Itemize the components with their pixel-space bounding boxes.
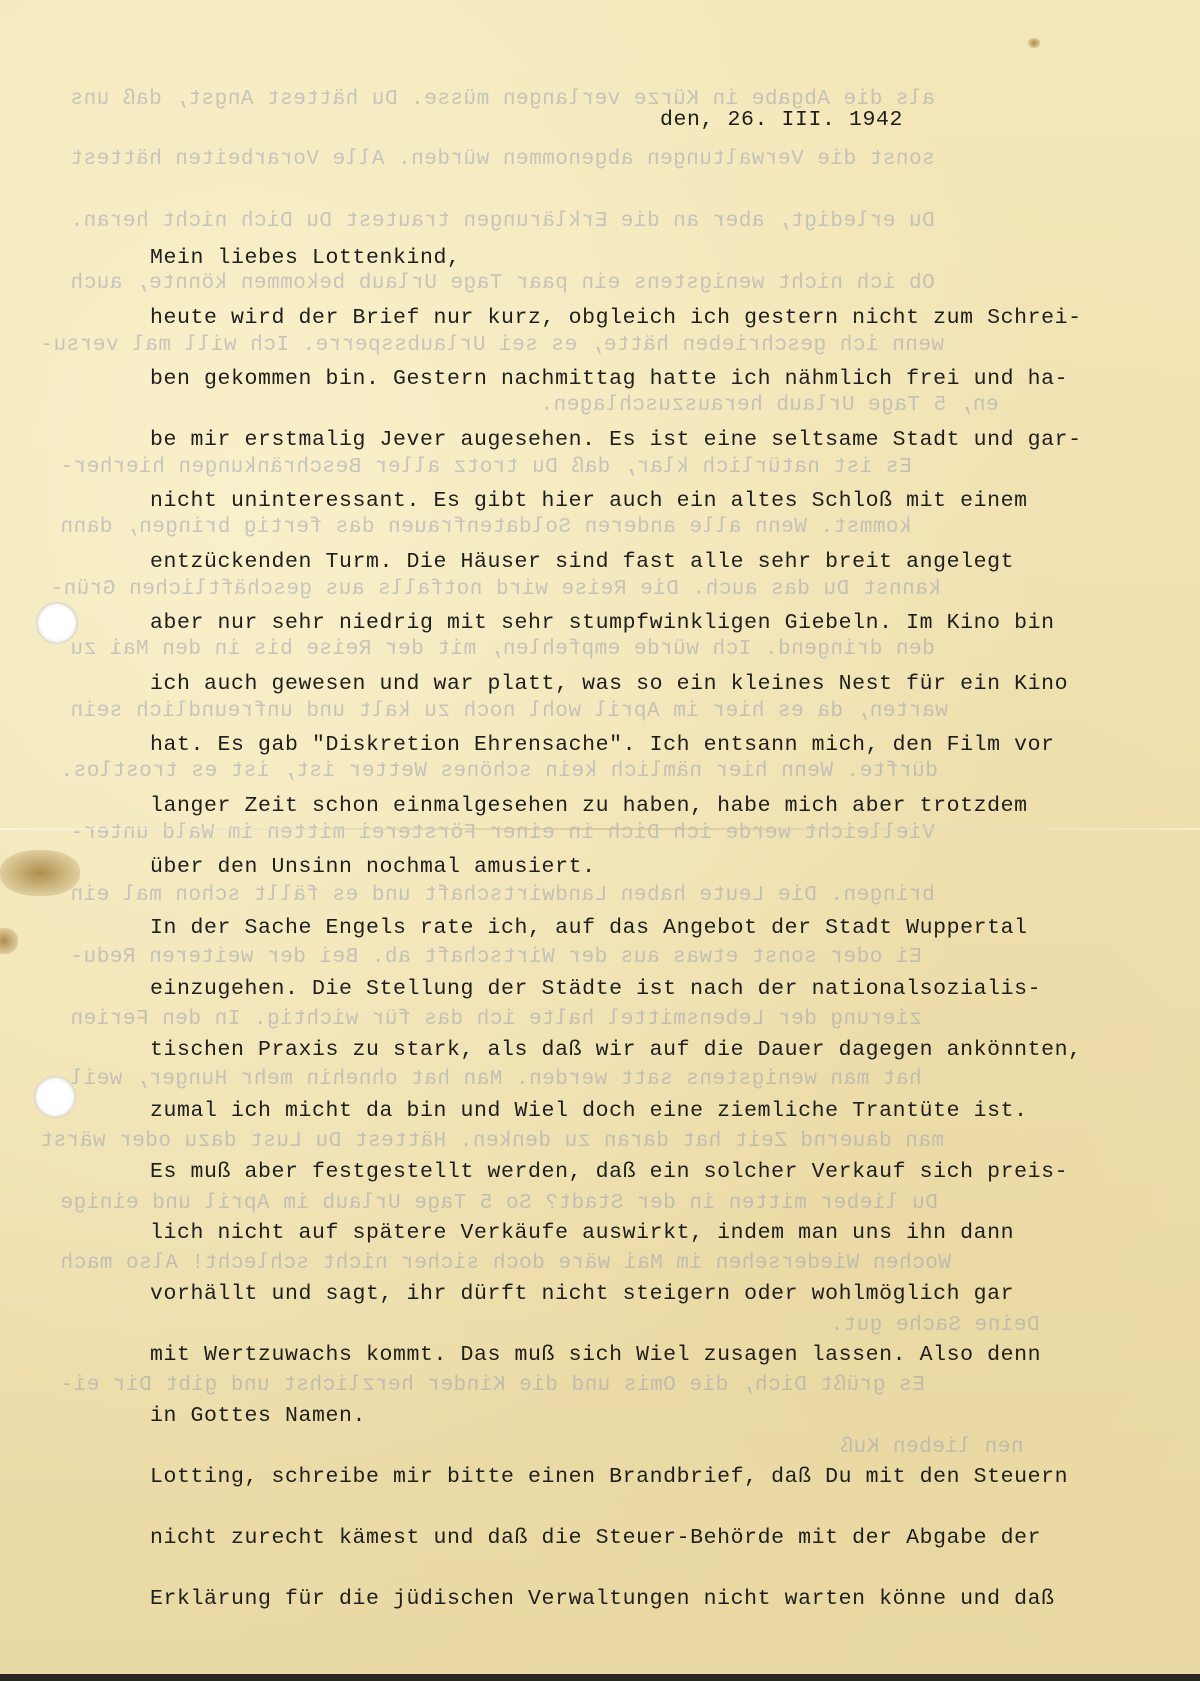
bleed-through-line: Es ist natürlich klar, daß Du trotz alle… — [60, 456, 912, 479]
bleed-through-line: sonst die Verwaltungen abgenommen würden… — [70, 148, 935, 171]
body-line: be mir erstmalig Jever augesehen. Es ist… — [150, 428, 1082, 452]
letter-date: den, 26. III. 1942 — [660, 108, 903, 132]
stain-mark — [0, 928, 18, 954]
bleed-through-line: bringen. Die Leute haben Landwirtschaft … — [70, 884, 935, 907]
bleed-through-line: zierung der Lebensmittel halte ich das f… — [70, 1008, 922, 1031]
body-line: tischen Praxis zu stark, als daß wir auf… — [150, 1038, 1082, 1062]
stain-mark — [1028, 38, 1040, 48]
bleed-through-line: Ob ich nicht wenigstens ein paar Tage Ur… — [70, 272, 935, 295]
body-line: entzückenden Turm. Die Häuser sind fast … — [150, 550, 1014, 574]
bleed-through-line: kannst Du das auch. Die Reise wird notfa… — [50, 578, 941, 601]
bleed-through-line: en, 5 Tage Urlaub herauszuschlagen. — [540, 394, 999, 417]
body-line: zumal ich micht da bin und Wiel doch ein… — [150, 1099, 1028, 1123]
bleed-through-line: man dauernd Zeit hat daran zu denken. Hä… — [40, 1130, 944, 1153]
bleed-through-line: Deine Sache gut. — [830, 1314, 1040, 1337]
body-line: lich nicht auf spätere Verkäufe auswirkt… — [150, 1221, 1014, 1245]
body-line: In der Sache Engels rate ich, auf das An… — [150, 916, 1028, 940]
body-line: Erklärung für die jüdischen Verwaltungen… — [150, 1587, 1055, 1611]
bleed-through-line: kommst. Wenn alle anderen Soldatenfrauen… — [60, 516, 912, 539]
body-line: ich auch gewesen und war platt, was so e… — [150, 672, 1068, 696]
letter-page: als die Abgabe in Kürze verlangen müsse.… — [0, 0, 1200, 1674]
bleed-through-line: Es grüßt Dich, die Omis und die Kinder h… — [60, 1374, 925, 1397]
salutation: Mein liebes Lottenkind, — [150, 246, 461, 270]
bleed-through-line: hat man wenigstens satt werden. Man hat … — [70, 1068, 922, 1091]
body-line: hat. Es gab "Diskretion Ehrensache". Ich… — [150, 733, 1055, 757]
body-line: vorhällt und sagt, ihr dürft nicht steig… — [150, 1282, 1014, 1306]
bleed-through-line: Ei oder sonst etwas aus der Wirtschaft a… — [70, 946, 922, 969]
bleed-through-line: dürfte. Wenn hier nämlich kein schönes W… — [60, 760, 938, 783]
body-line: mit Wertzuwachs kommt. Das muß sich Wiel… — [150, 1343, 1041, 1367]
paper-fold-crease — [0, 828, 1200, 830]
bleed-through-line: Du erledigt, aber an die Erklärungen tra… — [70, 210, 935, 233]
punch-hole — [34, 1076, 76, 1118]
bleed-through-line: Du lieber mitten in der Stadt? So 5 Tage… — [60, 1192, 938, 1215]
bleed-through-line: Wochen Wiedersehen im Mai wäre doch sich… — [60, 1252, 951, 1275]
bleed-through-line: wenn ich geschrieben hätte, es sei Urlau… — [40, 334, 944, 357]
punch-hole — [36, 602, 78, 644]
stain-mark — [0, 850, 80, 896]
body-line: nicht zurecht kämest und daß die Steuer-… — [150, 1526, 1041, 1550]
body-line: ben gekommen bin. Gestern nachmittag hat… — [150, 367, 1068, 391]
body-line: Es muß aber festgestellt werden, daß ein… — [150, 1160, 1068, 1184]
body-line: langer Zeit schon einmalgesehen zu haben… — [150, 794, 1028, 818]
bleed-through-line: Vielleicht werde ich Dich in einer Först… — [70, 822, 935, 845]
body-line: aber nur sehr niedrig mit sehr stumpfwin… — [150, 611, 1055, 635]
body-line: Lotting, schreibe mir bitte einen Brandb… — [150, 1465, 1068, 1489]
body-line: in Gottes Namen. — [150, 1404, 366, 1428]
body-line: einzugehen. Die Stellung der Städte ist … — [150, 977, 1041, 1001]
body-line: nicht uninteressant. Es gibt hier auch e… — [150, 489, 1028, 513]
bleed-through-line: warten, da es hier im April wohl noch zu… — [70, 700, 948, 723]
body-line: über den Unsinn nochmal amusiert. — [150, 855, 596, 879]
body-line: heute wird der Brief nur kurz, obgleich … — [150, 306, 1082, 330]
bleed-through-line: den dringend. Ich würde empfehlen, mit d… — [70, 638, 935, 661]
bleed-through-line: nen lieben Kuß — [840, 1436, 1023, 1459]
